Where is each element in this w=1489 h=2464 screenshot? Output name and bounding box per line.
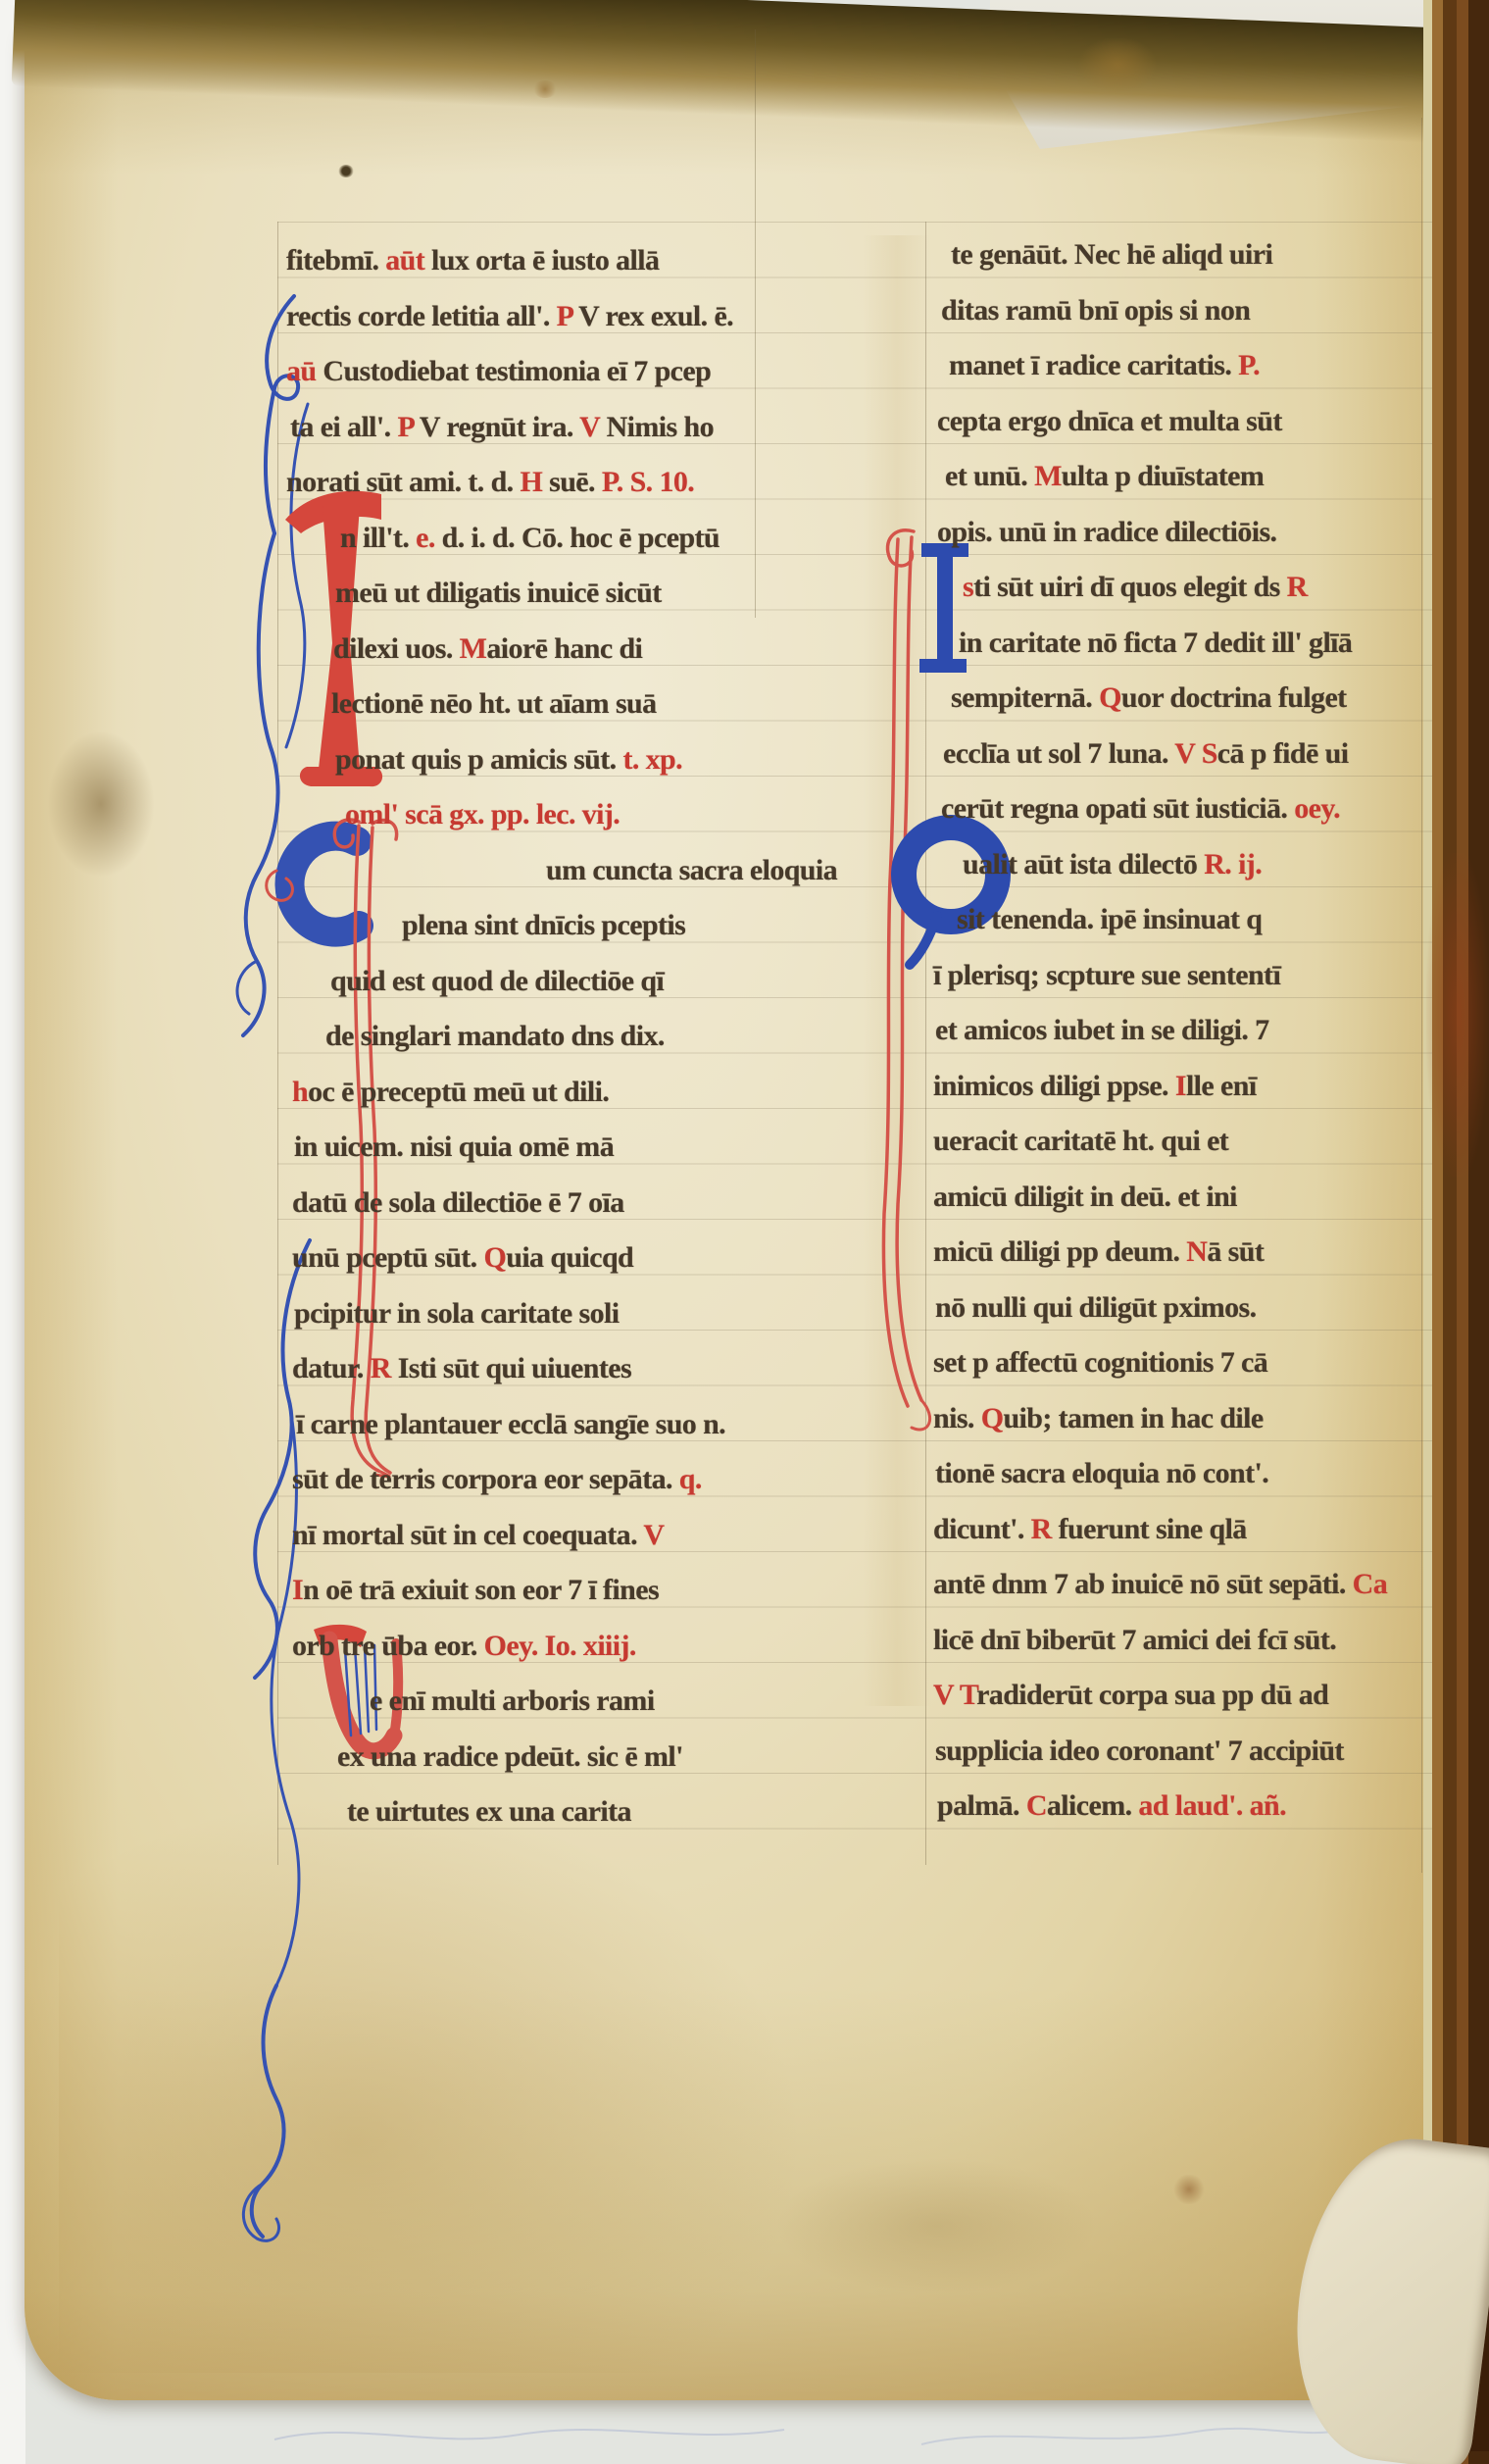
line-text: supplicia ideo coronant' 7 accipiūt bbox=[935, 1735, 1344, 1767]
text-line: ta ei all'. P V regnūt ira. V Nimis ho bbox=[286, 400, 860, 456]
text-line: e enī multi arboris rami bbox=[286, 1674, 860, 1730]
text-line: nō nulli qui diligūt pximos. bbox=[933, 1281, 1482, 1336]
line-text: unū pceptū sūt. bbox=[292, 1241, 483, 1274]
text-line: ualit aūt ista dilectō R. ij. bbox=[933, 837, 1482, 893]
line-text: radiderūt corpa sua pp dū ad bbox=[976, 1679, 1328, 1711]
text-line: nis. Quib; tamen in hac dile bbox=[933, 1391, 1482, 1447]
text-line: dicunt'. R fuerunt sine qlā bbox=[933, 1502, 1482, 1558]
red-rubric-text: aūt bbox=[385, 244, 431, 277]
red-rubric-text: T bbox=[960, 1679, 976, 1711]
line-text: ā sūt bbox=[1207, 1235, 1264, 1268]
text-line: set p affectū cognitionis 7 cā bbox=[933, 1335, 1482, 1391]
line-text: fitebmī. bbox=[286, 244, 385, 277]
text-line: n ill't. e. d. i. d. Cō. hoc ē pceptū bbox=[286, 511, 860, 567]
red-rubric-text: P bbox=[397, 411, 419, 443]
red-rubric-text: Q bbox=[981, 1402, 1004, 1434]
line-text: manet ī radice caritatis. bbox=[949, 349, 1238, 381]
line-text: aiorē hanc di bbox=[486, 632, 642, 665]
red-rubric-text: C bbox=[1026, 1789, 1047, 1822]
red-rubric-text: V bbox=[933, 1679, 960, 1711]
text-line: sit tenenda. ipē insinuat q bbox=[933, 892, 1482, 948]
text-line: inimicos diligi ppse. Ille enī bbox=[933, 1059, 1482, 1115]
text-line: aū Custodiebat testimonia eī 7 pcep bbox=[286, 344, 860, 400]
red-rubric-text: oml' scā gx. pp. lec. vij. bbox=[345, 798, 620, 830]
text-column-right: te genāūt. Nec hē aliqd uiriditas ramū b… bbox=[933, 227, 1482, 1835]
line-text: lectionē nēo ht. ut aīam suā bbox=[331, 687, 657, 720]
text-line: palmā. Calicem. ad laud'. añ. bbox=[933, 1779, 1482, 1835]
line-text: amicū diligit in deū. et ini bbox=[933, 1181, 1237, 1213]
text-line: ī carne plantauer ecclā sangīe suo n. bbox=[286, 1397, 860, 1453]
line-text: ecclīa ut sol 7 luna. bbox=[943, 737, 1174, 770]
red-rubric-text: h bbox=[292, 1076, 308, 1108]
text-line: quid est quod de dilectiōe qī bbox=[286, 954, 860, 1010]
red-rubric-text: N bbox=[1186, 1235, 1207, 1268]
line-text: cerūt regna opati sūt iusticiā. bbox=[941, 792, 1294, 825]
line-text: de singlari mandato dns dix. bbox=[325, 1020, 665, 1052]
text-line: cerūt regna opati sūt iusticiā. oey. bbox=[933, 781, 1482, 837]
line-text: cā p fidē ui bbox=[1217, 737, 1349, 770]
red-rubric-text: t. xp. bbox=[622, 743, 682, 776]
line-text: ī carne plantauer ecclā sangīe suo n. bbox=[296, 1408, 725, 1440]
text-line: opis. unū in radice dilectiōis. bbox=[933, 505, 1482, 561]
text-line: hoc ē preceptū meū ut dili. bbox=[286, 1065, 860, 1121]
ruling-vertical-center bbox=[925, 222, 926, 1865]
line-text: cepta ergo dnīca et multa sūt bbox=[937, 405, 1282, 437]
red-rubric-text: q. bbox=[679, 1463, 702, 1495]
text-line: manet ī radice caritatis. P. bbox=[933, 338, 1482, 394]
red-rubric-text: H bbox=[520, 466, 549, 498]
text-line: lectionē nēo ht. ut aīam suā bbox=[286, 677, 860, 732]
line-text: V rex exul. ē. bbox=[578, 300, 733, 332]
red-rubric-text: S bbox=[1202, 737, 1217, 770]
line-text: fuerunt sine qlā bbox=[1059, 1513, 1247, 1545]
text-line: plena sint dnīcis pceptis bbox=[286, 898, 860, 954]
line-text: licē dnī biberūt 7 amici dei fcī sūt. bbox=[933, 1624, 1336, 1656]
red-rubric-text: oey. bbox=[1294, 792, 1340, 825]
text-line: tionē sacra eloquia nō cont'. bbox=[933, 1446, 1482, 1502]
line-text: Isti sūt qui uiuentes bbox=[398, 1352, 631, 1384]
red-rubric-text: V bbox=[1174, 737, 1201, 770]
line-text: n oē trā exiuit son eor 7 ī fines bbox=[303, 1574, 659, 1606]
text-column-left: fitebmī. aūt lux orta ē iusto allārectis… bbox=[286, 233, 860, 1840]
line-text: ulta p diuīstatem bbox=[1062, 460, 1265, 492]
text-line: datur. R Isti sūt qui uiuentes bbox=[286, 1341, 860, 1397]
line-text: uor doctrina fulget bbox=[1121, 681, 1347, 714]
line-text: uia quicqd bbox=[506, 1241, 633, 1274]
text-line: de singlari mandato dns dix. bbox=[286, 1009, 860, 1065]
line-text: rectis corde letitia all'. bbox=[286, 300, 557, 332]
text-line: V Tradiderūt corpa sua pp dū ad bbox=[933, 1668, 1482, 1724]
line-text: d. i. d. Cō. hoc ē pceptū bbox=[442, 522, 720, 554]
red-rubric-text: s bbox=[963, 571, 973, 603]
line-text: suē. bbox=[549, 466, 602, 498]
line-text: plena sint dnīcis pceptis bbox=[402, 909, 685, 941]
text-line: unū pceptū sūt. Quia quicqd bbox=[286, 1231, 860, 1286]
line-text: e enī multi arboris rami bbox=[370, 1685, 655, 1717]
line-text: um cuncta sacra eloquia bbox=[546, 854, 837, 886]
text-line: et unū. Multa p diuīstatem bbox=[933, 449, 1482, 505]
text-line: ex una radice pdeūt. sic ē ml' bbox=[286, 1730, 860, 1785]
line-text: orb tre ūba eor. bbox=[292, 1630, 484, 1662]
text-line: nī mortal sūt in cel coequata. V bbox=[286, 1508, 860, 1564]
text-line: supplicia ideo coronant' 7 accipiūt bbox=[933, 1724, 1482, 1780]
line-text: ex una radice pdeūt. sic ē ml' bbox=[337, 1740, 683, 1773]
line-text: inimicos diligi ppse. bbox=[933, 1070, 1175, 1102]
line-text: Nimis ho bbox=[607, 411, 714, 443]
line-text: Custodiebat testimonia eī 7 pcep bbox=[323, 355, 711, 387]
line-text: te uirtutes ex una carita bbox=[347, 1795, 631, 1828]
red-rubric-text: aū bbox=[286, 355, 323, 387]
line-text: ta ei all'. bbox=[290, 411, 397, 443]
red-rubric-text: R. ij. bbox=[1204, 848, 1262, 880]
red-rubric-text: Ca bbox=[1353, 1568, 1387, 1600]
text-line: In oē trā exiuit son eor 7 ī fines bbox=[286, 1563, 860, 1619]
text-line: fitebmī. aūt lux orta ē iusto allā bbox=[286, 233, 860, 289]
line-text: te genāūt. Nec hē aliqd uiri bbox=[951, 238, 1272, 271]
line-text: ī plerisq; scpture sue sententī bbox=[933, 959, 1280, 991]
line-text: lle enī bbox=[1186, 1070, 1257, 1102]
line-text: nis. bbox=[933, 1402, 981, 1434]
line-text: sūt de terris corpora eor sepāta. bbox=[292, 1463, 679, 1495]
text-line: dilexi uos. Maiorē hanc di bbox=[286, 622, 860, 678]
text-line: orb tre ūba eor. Oey. Io. xiiij. bbox=[286, 1619, 860, 1675]
red-rubric-text: ad laud'. añ. bbox=[1138, 1789, 1286, 1822]
line-text: V regnūt ira. bbox=[420, 411, 579, 443]
red-rubric-text: M bbox=[460, 632, 487, 665]
red-rubric-text: M bbox=[1034, 460, 1062, 492]
text-line: ecclīa ut sol 7 luna. V Scā p fidē ui bbox=[933, 727, 1482, 782]
text-line: sempiternā. Quor doctrina fulget bbox=[933, 671, 1482, 727]
text-line: te uirtutes ex una carita bbox=[286, 1785, 860, 1840]
red-rubric-text: P bbox=[557, 300, 578, 332]
line-text: antē dnm 7 ab inuicē nō sūt sepāti. bbox=[933, 1568, 1353, 1600]
line-text: lux orta ē iusto allā bbox=[431, 244, 659, 277]
line-text: in uicem. nisi quia omē mā bbox=[294, 1131, 614, 1163]
ruling-vertical-left bbox=[277, 222, 278, 1865]
red-rubric-text: Q bbox=[483, 1241, 506, 1274]
text-line: oml' scā gx. pp. lec. vij. bbox=[286, 787, 860, 843]
text-line: et amicos iubet in se diligi. 7 bbox=[933, 1003, 1482, 1059]
line-text: in caritate nō ficta 7 dedit ill' glīā bbox=[959, 627, 1352, 659]
red-rubric-text: Io. xiiij. bbox=[545, 1630, 636, 1662]
line-text: ti sūt uiri dī quos elegit ds bbox=[973, 571, 1287, 603]
line-text: sempiternā. bbox=[951, 681, 1099, 714]
line-text: uib; tamen in hac dile bbox=[1003, 1402, 1263, 1434]
text-line: meū ut diligatis inuicē sicūt bbox=[286, 566, 860, 622]
line-text: ponat quis p amicis sūt. bbox=[335, 743, 622, 776]
text-line: in caritate nō ficta 7 dedit ill' glīā bbox=[933, 616, 1482, 672]
line-text: norati sūt ami. t. d. bbox=[286, 466, 520, 498]
text-line: ponat quis p amicis sūt. t. xp. bbox=[286, 732, 860, 788]
line-text: nī mortal sūt in cel coequata. bbox=[292, 1519, 643, 1551]
text-line: um cuncta sacra eloquia bbox=[286, 843, 860, 899]
line-text: oc ē preceptū meū ut dili. bbox=[308, 1076, 609, 1108]
line-text: micū diligi pp deum. bbox=[933, 1235, 1186, 1268]
text-line: amicū diligit in deū. et ini bbox=[933, 1170, 1482, 1226]
line-text: set p affectū cognitionis 7 cā bbox=[933, 1346, 1267, 1379]
line-text: quid est quod de dilectiōe qī bbox=[330, 965, 664, 997]
red-rubric-text: P. bbox=[1238, 349, 1260, 381]
line-text: ditas ramū bnī opis si non bbox=[941, 294, 1250, 327]
line-text: datur. bbox=[292, 1352, 371, 1384]
line-text: pcipitur in sola caritate soli bbox=[294, 1297, 619, 1330]
text-line: sti sūt uiri dī quos elegit ds R bbox=[933, 560, 1482, 616]
text-line: ueracit caritatē ht. qui et bbox=[933, 1114, 1482, 1170]
line-text: sit tenenda. ipē insinuat q bbox=[957, 903, 1262, 935]
red-rubric-text: I bbox=[292, 1574, 303, 1606]
red-rubric-text: Oey. bbox=[484, 1630, 545, 1662]
text-line: pcipitur in sola caritate soli bbox=[286, 1286, 860, 1342]
line-text: opis. unū in radice dilectiōis. bbox=[937, 516, 1276, 548]
text-line: cepta ergo dnīca et multa sūt bbox=[933, 394, 1482, 450]
line-text: alicem. bbox=[1047, 1789, 1139, 1822]
line-text: palmā. bbox=[937, 1789, 1026, 1822]
text-line: licē dnī biberūt 7 amici dei fcī sūt. bbox=[933, 1613, 1482, 1669]
text-line: datū de sola dilectiōe ē 7 oīa bbox=[286, 1176, 860, 1232]
red-rubric-text: R bbox=[1287, 571, 1308, 603]
line-text: dilexi uos. bbox=[333, 632, 460, 665]
line-text: et unū. bbox=[945, 460, 1034, 492]
manuscript-photo: fitebmī. aūt lux orta ē iusto allārectis… bbox=[0, 0, 1489, 2464]
text-line: sūt de terris corpora eor sepāta. q. bbox=[286, 1452, 860, 1508]
red-rubric-text: Q bbox=[1099, 681, 1121, 714]
line-text: datū de sola dilectiōe ē 7 oīa bbox=[292, 1186, 624, 1219]
red-rubric-text: R bbox=[371, 1352, 398, 1384]
line-text: ueracit caritatē ht. qui et bbox=[933, 1125, 1228, 1157]
line-text: ualit aūt ista dilectō bbox=[963, 848, 1204, 880]
text-line: in uicem. nisi quia omē mā bbox=[286, 1120, 860, 1176]
red-rubric-text: V bbox=[643, 1519, 664, 1551]
line-text: meū ut diligatis inuicē sicūt bbox=[335, 577, 662, 609]
text-line: norati sūt ami. t. d. H suē. P. S. 10. bbox=[286, 455, 860, 511]
text-line: te genāūt. Nec hē aliqd uiri bbox=[933, 227, 1482, 283]
background-scribbles bbox=[235, 2400, 1363, 2459]
text-line: ī plerisq; scpture sue sententī bbox=[933, 948, 1482, 1004]
line-text: dicunt'. bbox=[933, 1513, 1031, 1545]
line-text: tionē sacra eloquia nō cont'. bbox=[935, 1457, 1268, 1489]
red-rubric-text: V bbox=[579, 411, 606, 443]
text-line: antē dnm 7 ab inuicē nō sūt sepāti. Ca bbox=[933, 1557, 1482, 1613]
line-text: nō nulli qui diligūt pximos. bbox=[935, 1291, 1257, 1324]
red-rubric-text: R bbox=[1031, 1513, 1059, 1545]
text-line: rectis corde letitia all'. P V rex exul.… bbox=[286, 289, 860, 345]
text-line: micū diligi pp deum. Nā sūt bbox=[933, 1225, 1482, 1281]
red-rubric-text: I bbox=[1175, 1070, 1186, 1102]
red-rubric-text: P. S. 10. bbox=[602, 466, 694, 498]
text-line: ditas ramū bnī opis si non bbox=[933, 283, 1482, 339]
line-text: n ill't. bbox=[340, 522, 416, 554]
line-text: et amicos iubet in se diligi. 7 bbox=[935, 1014, 1269, 1046]
red-rubric-text: e. bbox=[416, 522, 442, 554]
